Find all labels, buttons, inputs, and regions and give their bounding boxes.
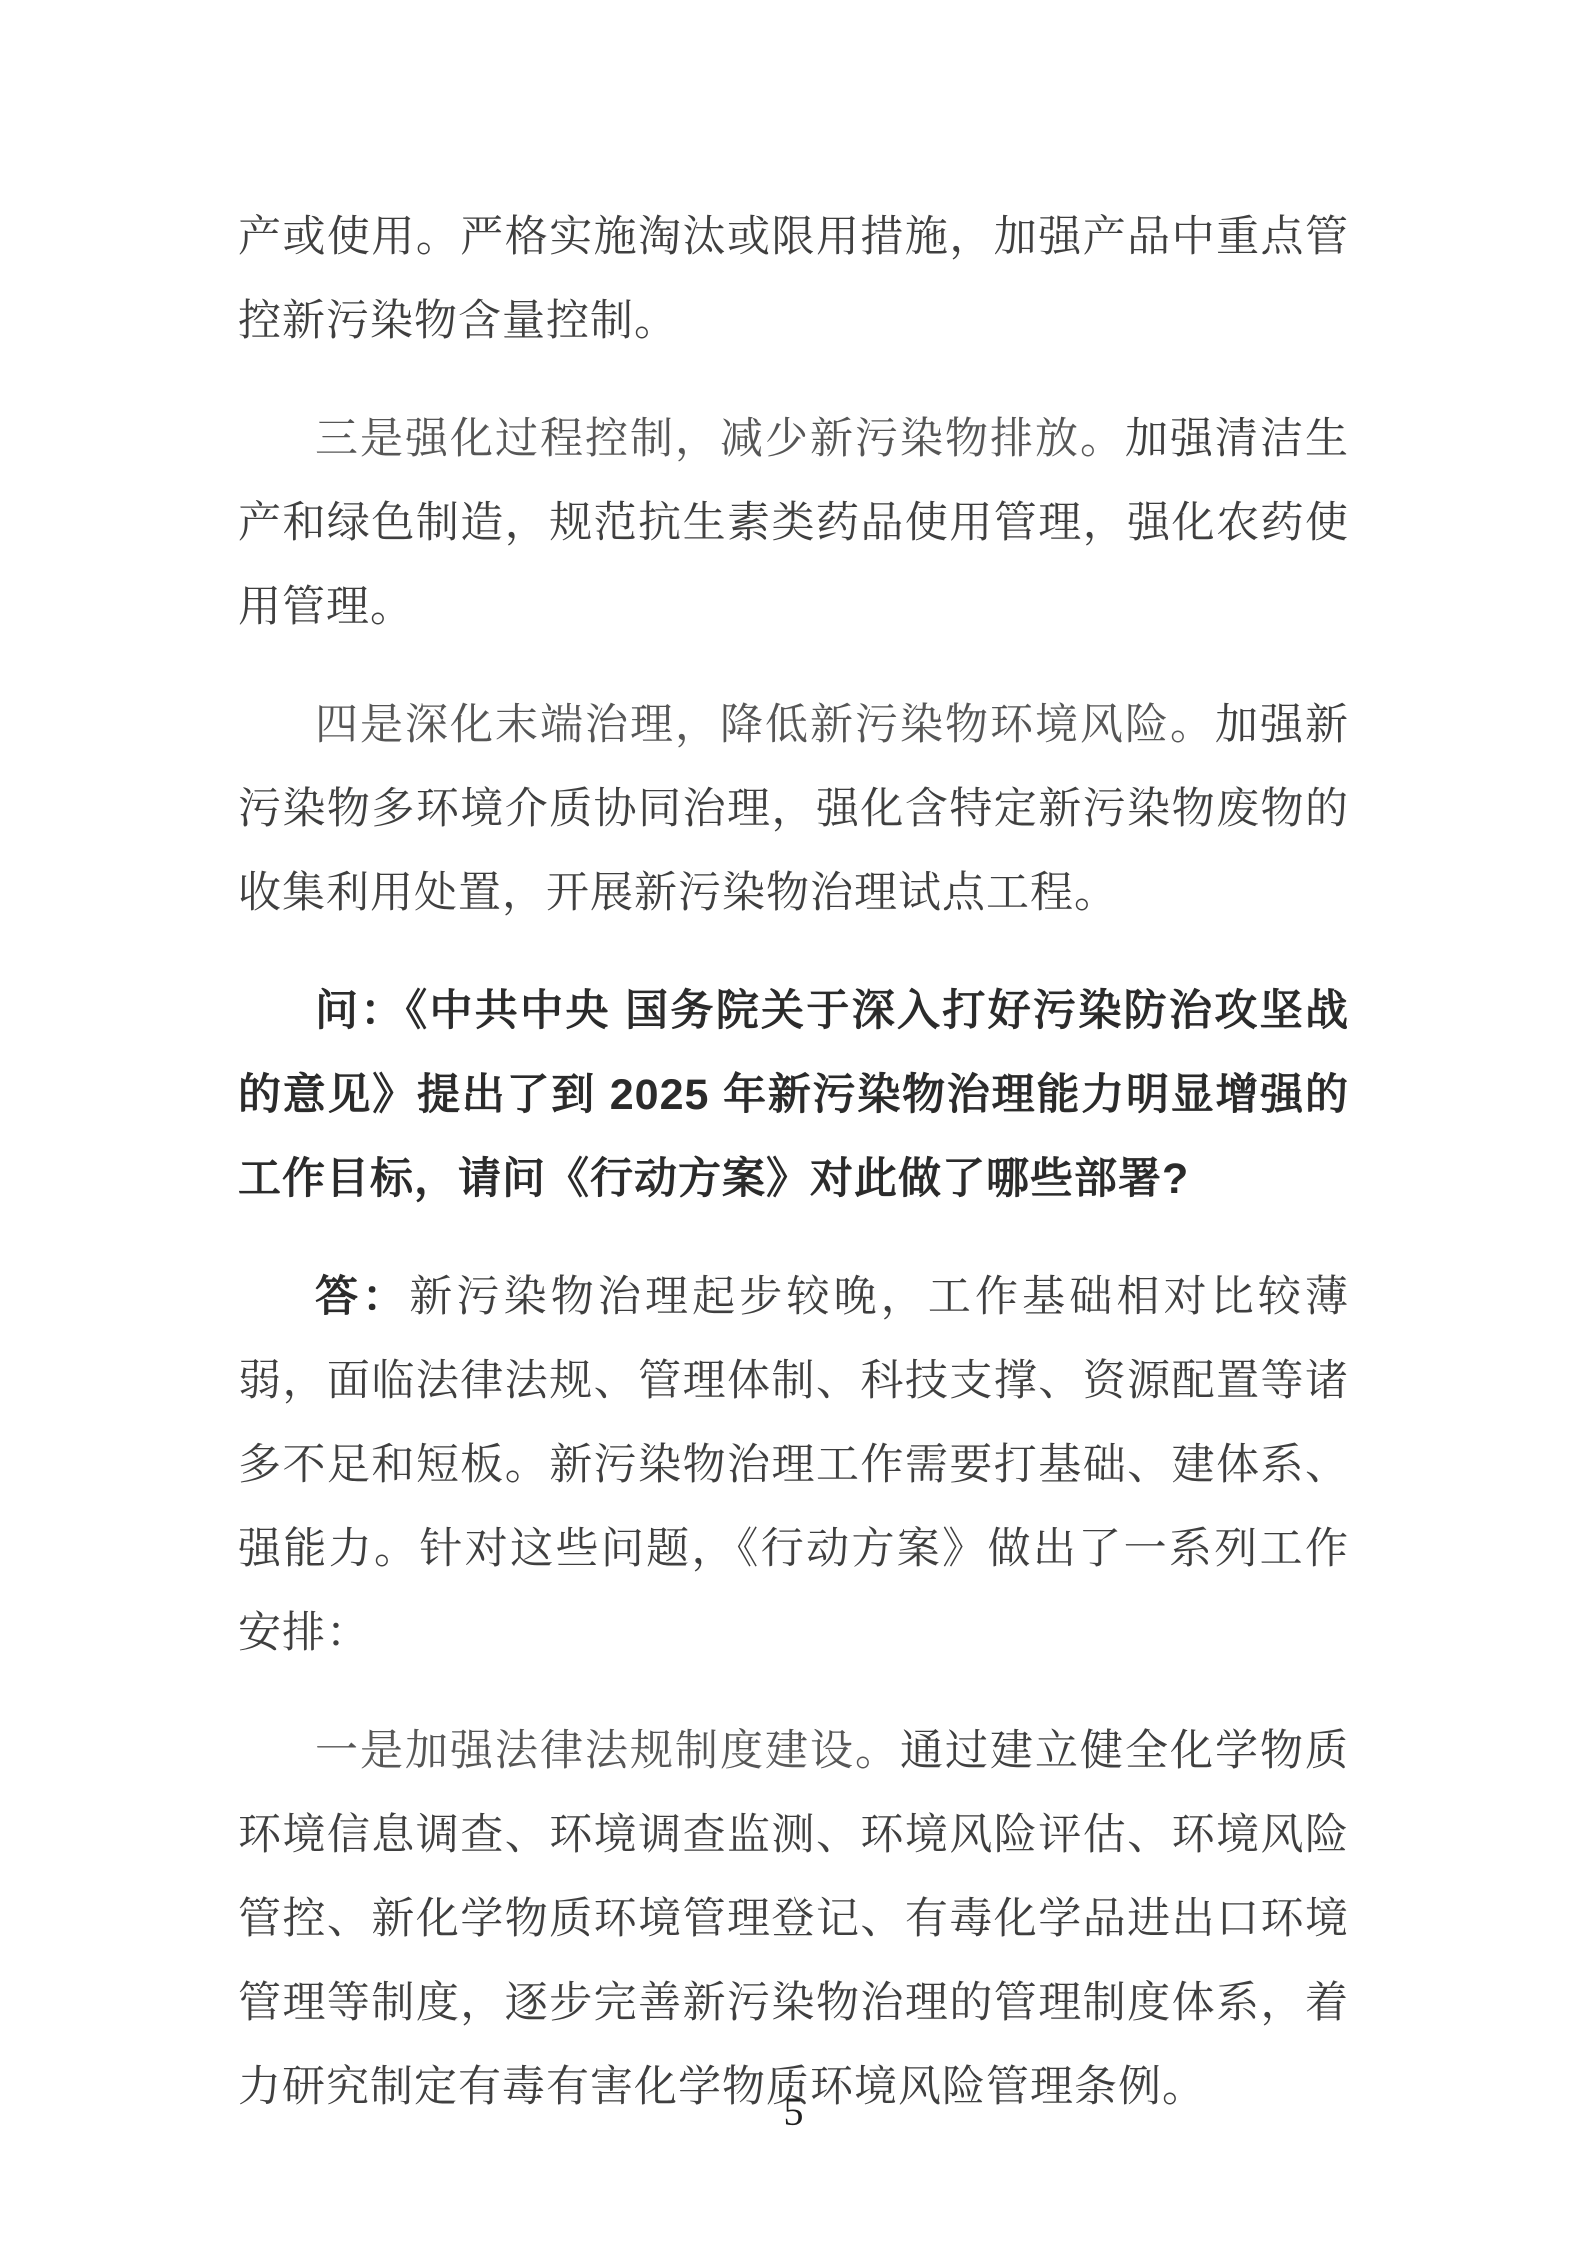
text-segment-bold: 答： [315,1273,409,1321]
text-segment-regular: 通过建立健全化学物质环境信息调查、环境调查监测、环境风险评估、环境风险管控、新化… [238,1727,1349,2111]
document-page: 产或使用。严格实施淘汰或限用措施，加强产品中重点管控新污染物含量控制。三是强化过… [0,0,1587,2245]
paragraph: 产或使用。严格实施淘汰或限用措施，加强产品中重点管控新污染物含量控制。 [238,195,1349,363]
page-number: 5 [0,2088,1587,2135]
paragraph: 问：《中共中央 国务院关于深入打好污染防治攻坚战的意见》提出了到 2025 年新… [238,969,1349,1221]
text-segment-kai: 三是强化过程控制，减少新污染物排放。 [315,415,1125,463]
text-segment-regular: 新污染物治理起步较晚，工作基础相对比较薄弱，面临法律法规、管理体制、科技支撑、资… [238,1273,1349,1657]
paragraph: 三是强化过程控制，减少新污染物排放。加强清洁生产和绿色制造，规范抗生素类药品使用… [238,397,1349,649]
paragraph: 答：新污染物治理起步较晚，工作基础相对比较薄弱，面临法律法规、管理体制、科技支撑… [238,1255,1349,1675]
text-segment-regular: 产或使用。严格实施淘汰或限用措施，加强产品中重点管控新污染物含量控制。 [238,213,1349,345]
paragraph: 一是加强法律法规制度建设。通过建立健全化学物质环境信息调查、环境调查监测、环境风… [238,1709,1349,2129]
document-body: 产或使用。严格实施淘汰或限用措施，加强产品中重点管控新污染物含量控制。三是强化过… [238,195,1349,2163]
text-segment-kai: 四是深化末端治理，降低新污染物环境风险。 [315,701,1215,749]
text-segment-kai: 一是加强法律法规制度建设。 [315,1727,900,1775]
text-segment-bold: 问：《中共中央 国务院关于深入打好污染防治攻坚战的意见》提出了到 2025 年新… [238,987,1349,1203]
paragraph: 四是深化末端治理，降低新污染物环境风险。加强新污染物多环境介质协同治理，强化含特… [238,683,1349,935]
